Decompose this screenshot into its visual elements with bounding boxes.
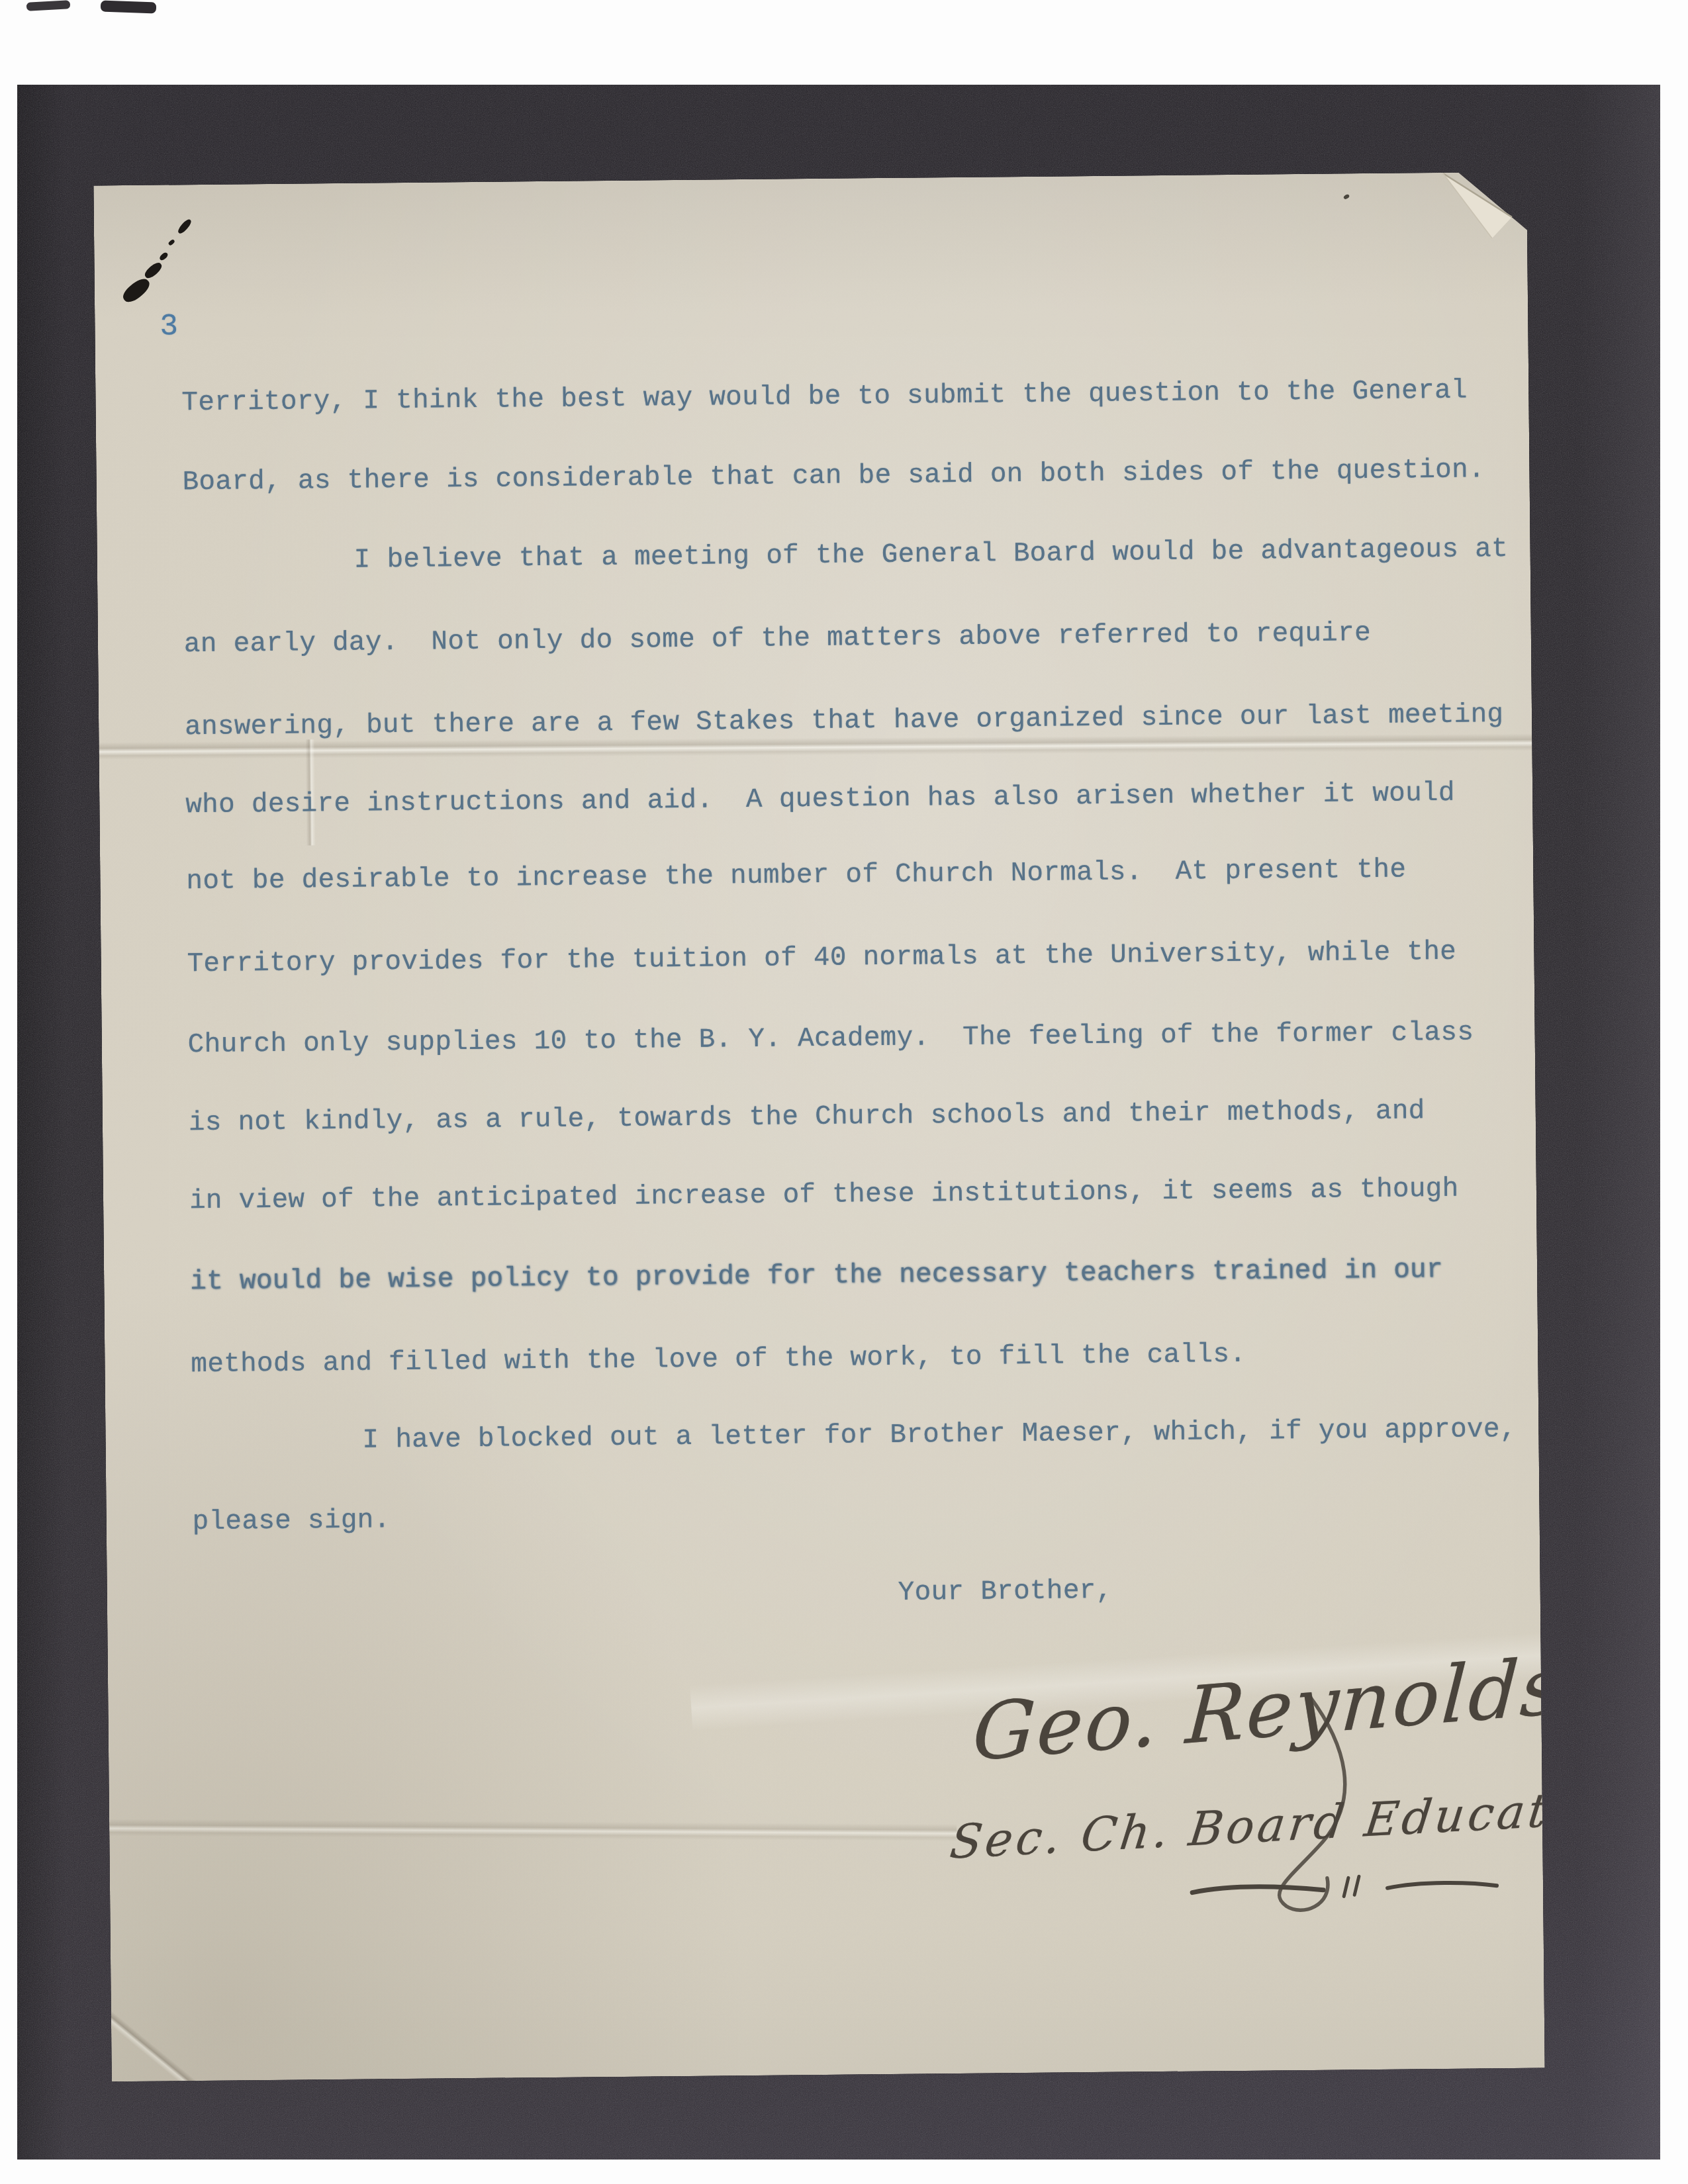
typed-line: please sign.: [192, 1503, 390, 1539]
letter-paper: 3 Territory, I think the best way would …: [93, 172, 1544, 2082]
page-number: 3: [160, 309, 178, 343]
closing-line: Your Brother,: [898, 1574, 1113, 1610]
scanned-letter-page: 3 Territory, I think the best way would …: [0, 0, 1688, 2184]
scan-artifact-mark: [101, 1, 157, 14]
folded-corner-tip: [1438, 164, 1537, 247]
scan-artifact-mark: [26, 0, 71, 11]
